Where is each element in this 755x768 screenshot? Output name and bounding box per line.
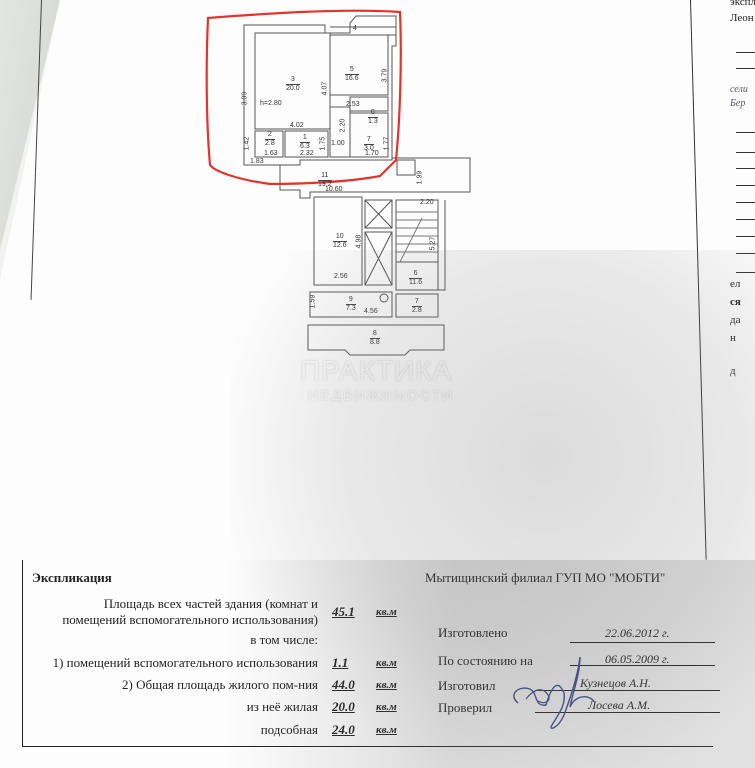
dimension: 1.00	[331, 140, 345, 147]
dimension: 2.56	[334, 273, 348, 280]
unit-label: кв.м	[376, 724, 397, 736]
room-9-label: 97.3	[346, 296, 356, 313]
row-label: 2) Общая площадь жилого пом-ния	[122, 677, 318, 693]
explication-title: Экспликация	[32, 570, 112, 586]
room-1-label: 16.3	[300, 134, 310, 151]
room-10-label: 1012.6	[333, 233, 347, 250]
room-6b-label: 611.6	[409, 270, 422, 287]
room-8-label: 88.8	[370, 330, 380, 347]
sig-underline	[570, 642, 715, 643]
unit-label: кв.м	[376, 606, 397, 618]
dimension: 1.77	[383, 137, 390, 151]
dimension: 2.20	[420, 199, 434, 206]
row-label: помещений вспомогательного использования…	[62, 612, 318, 628]
watermark-line2: НЕДВИЖИМОСТИ	[308, 387, 454, 403]
room-4-label: 4	[353, 25, 357, 32]
dimension: 5.27	[429, 237, 436, 251]
unit-label: кв.м	[376, 701, 397, 713]
dimension: 1.75	[319, 137, 326, 151]
dimension: 1.99	[416, 171, 423, 185]
total-living-area-value: 44.0	[332, 677, 355, 693]
dimension: 4.07	[321, 82, 328, 96]
fragment-text: Леон	[730, 12, 754, 24]
floor-plan-drawing	[200, 0, 490, 360]
handwritten-signature	[508, 655, 608, 735]
total-area-value: 45.1	[332, 604, 355, 620]
dimension: 4.98	[355, 235, 362, 249]
unit-label: кв.м	[376, 657, 397, 669]
sig-label-made: Изготовлено	[438, 625, 508, 641]
dimension: 2.20	[339, 119, 346, 133]
dimension: 3.99	[241, 92, 248, 106]
ceiling-height: h=2.80	[260, 100, 282, 107]
watermark-line1: ПРАКТИКА	[300, 355, 454, 387]
row-label: из неё жилая	[247, 699, 318, 715]
auxiliary-area-value: 1.1	[332, 655, 348, 671]
dimension: 10.60	[325, 186, 343, 193]
dimension: 4.56	[364, 308, 378, 315]
room-2-label: 22.8	[265, 131, 275, 148]
row-label: подсобная	[261, 722, 318, 738]
dimension: 1.63	[264, 150, 278, 157]
unit-label: кв.м	[376, 679, 397, 691]
fragment-handwriting: сели	[730, 84, 748, 95]
dimension: 4.02	[290, 122, 304, 129]
room-3-label: 320.0	[286, 76, 300, 93]
dimension: 1.70	[365, 150, 379, 157]
organization-name: Мытищинский филиал ГУП МО "МОБТИ"	[425, 570, 665, 586]
room-5-label: 516.6	[345, 66, 359, 83]
fragment-text: да	[730, 314, 740, 326]
fragment-text: ся	[730, 296, 741, 308]
fragment-text: д	[730, 365, 736, 377]
utility-area-value: 24.0	[332, 722, 355, 738]
dimension: 1.59	[309, 295, 316, 309]
row-label: 1) помещений вспомогательного использова…	[53, 655, 318, 671]
dimension: 1.42	[243, 137, 250, 151]
sig-label-checked: Проверил	[438, 700, 492, 716]
fragment-text: экспл	[730, 0, 755, 8]
row-label: Площадь всех частей здания (комнат и	[104, 596, 318, 612]
dimension: 1.83	[250, 158, 264, 165]
room-7b-label: 72.8	[412, 298, 422, 315]
dimension: 2.32	[300, 150, 314, 157]
sig-label-prepared: Изготовил	[438, 678, 495, 694]
room-6-label: 61.3	[368, 109, 378, 126]
living-area-value: 20.0	[332, 699, 355, 715]
floor-plan: 320.0 h=2.80 4 516.6 22.8 16.3 61.3 73.0…	[200, 0, 490, 360]
row-label: в том числе:	[250, 632, 318, 648]
made-date: 22.06.2012 г.	[605, 626, 670, 641]
dimension: 2.53	[346, 101, 360, 108]
watermark: ПРАКТИКА НЕДВИЖИМОСТИ	[300, 355, 454, 403]
dimension: 3.79	[381, 69, 388, 83]
fragment-handwriting: Бер	[730, 98, 745, 109]
fragment-text: ел	[730, 278, 740, 290]
as-of-date: 06.05.2009 г.	[605, 652, 670, 667]
adjacent-page-fragment: экспл Леон сели Бер ел ся да н д	[700, 0, 755, 400]
fragment-text: н	[730, 332, 736, 344]
